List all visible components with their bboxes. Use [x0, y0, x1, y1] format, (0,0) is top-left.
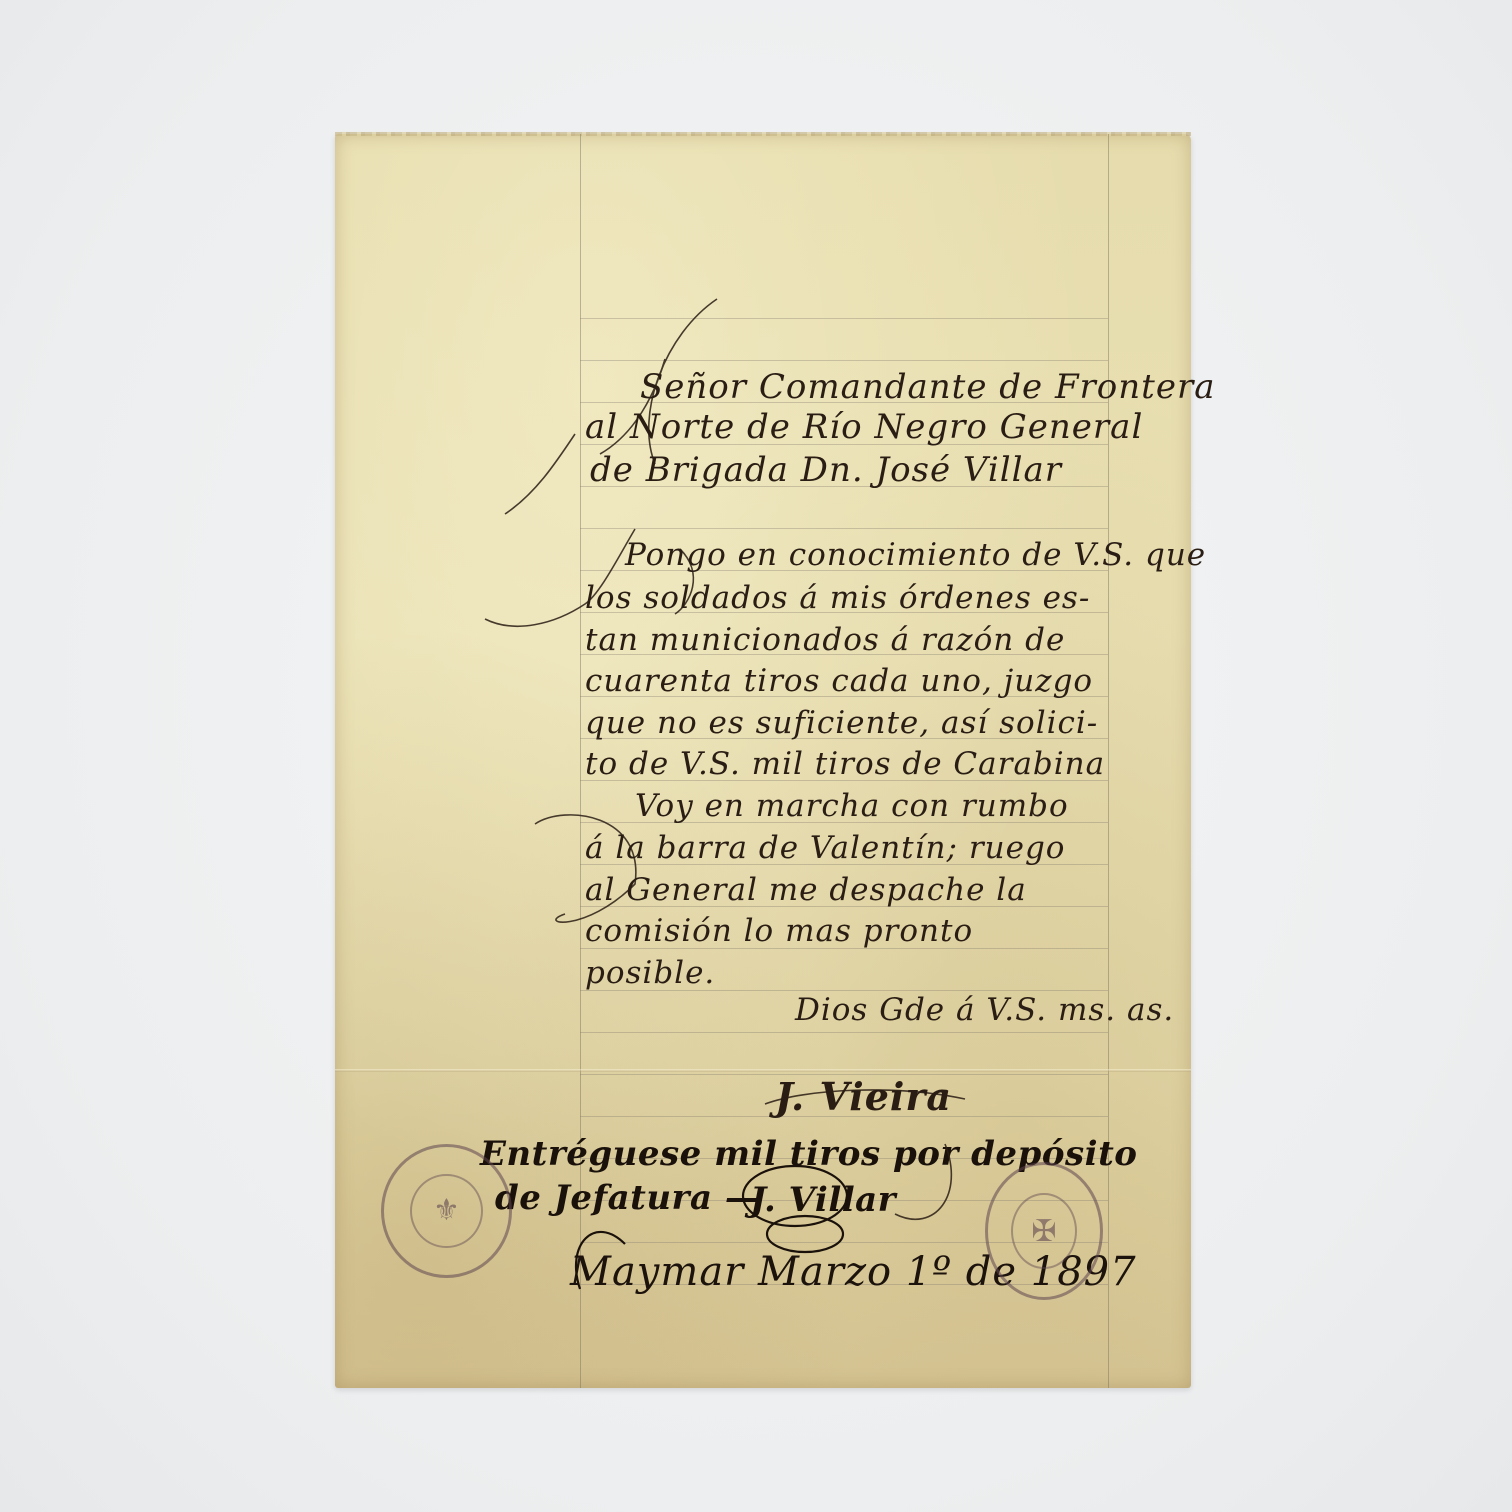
right-official-stamp: ✠ — [985, 1162, 1103, 1300]
address-line: de Brigada Dn. José Villar — [590, 450, 1062, 490]
body-line: cuarenta tiros cada uno, juzgo — [585, 663, 1093, 699]
body-line: posible. — [585, 955, 715, 991]
endorsement-line: de Jefatura — — [495, 1178, 759, 1218]
left-official-stamp: ⚜ — [381, 1144, 512, 1278]
body-line: tan municionados á razón de — [585, 622, 1065, 658]
coat-of-arms-icon: ⚜ — [410, 1174, 483, 1248]
body-line: á la barra de Valentín; ruego — [585, 830, 1065, 866]
writer-signature: J. Vieira — [775, 1074, 952, 1119]
letter-sheet: Señor Comandante de Frontera al Norte de… — [335, 134, 1191, 1388]
address-line: al Norte de Río Negro General — [585, 407, 1143, 447]
body-line: comisión lo mas pronto — [585, 913, 973, 949]
right-margin-rule — [1108, 134, 1109, 1388]
endorsement-signature: J. Villar — [750, 1180, 896, 1220]
closing-formula: Dios Gde á V.S. ms. as. — [795, 992, 1174, 1028]
body-line: to de V.S. mil tiros de Carabina — [585, 746, 1105, 782]
body-line: los soldados á mis órdenes es- — [585, 580, 1090, 616]
body-line: al General me despache la — [585, 872, 1027, 908]
coat-of-arms-icon: ✠ — [1011, 1193, 1077, 1270]
address-line: Señor Comandante de Frontera — [640, 367, 1215, 407]
body-line: Voy en marcha con rumbo — [635, 788, 1069, 824]
body-line: Pongo en conocimiento de V.S. que — [625, 537, 1206, 573]
body-line: que no es suficiente, así solici- — [585, 705, 1098, 741]
